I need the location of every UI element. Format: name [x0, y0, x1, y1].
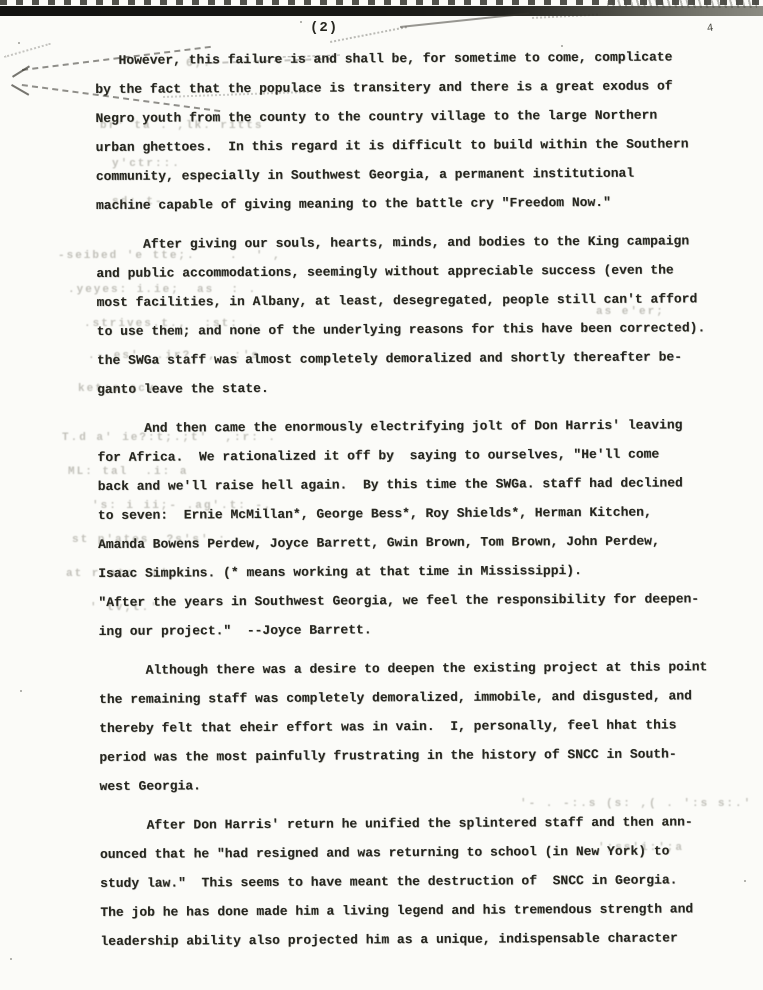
paragraph-4: Although there was a desire to deepen th…	[99, 652, 725, 801]
scan-speck	[561, 45, 563, 47]
ghost-text: ML: tal .i: a	[68, 466, 188, 478]
scan-speck	[20, 690, 22, 692]
ghost-text: ket;s.acv...	[78, 383, 181, 395]
page-number: (2)	[310, 20, 338, 36]
ghost-text: br' ta . ,lk. ritts	[100, 120, 263, 132]
ghost-text: 6;.	[186, 58, 212, 70]
ghost-text: at r at: t';:..	[66, 568, 204, 580]
ghost-text: ';ss'i:';a	[598, 842, 684, 854]
ghost-text: .-,es' .ir? ,. :'s, .	[88, 350, 286, 362]
ghost-text: 's: i ii;- .ag'.t: -,	[92, 500, 273, 512]
scan-speck	[300, 21, 302, 23]
ghost-text: T.d a' ie?:t;.;t' ,:r: .	[62, 432, 277, 444]
scan-speck	[10, 958, 12, 960]
ghost-text: -seibed 'e tte;. . ' ,	[58, 250, 282, 262]
ghost-text: st p'ates ?s's'.:	[72, 534, 227, 546]
ghost-text: y'ctr::.	[112, 158, 181, 170]
corner-mark: 4	[706, 23, 714, 36]
ghost-text: .strives.t., :st: .	[84, 318, 256, 330]
scan-speck	[18, 42, 20, 44]
scanned-document-page: (2) 4 However, this failure is and shall…	[0, 0, 763, 990]
paragraph-5: After Don Harris' return he unified the …	[100, 807, 726, 956]
scan-speck	[744, 880, 746, 882]
ghost-text: '- . -:.s (s: ,( . ':s s:.'	[520, 798, 752, 810]
pencil-mark-left-corner	[4, 43, 51, 58]
paragraph-3: And then came the enormously electrifyin…	[97, 410, 723, 646]
pencil-stroke-dotted-segment	[330, 26, 407, 43]
ghost-text: ' tv;t.'	[90, 602, 159, 614]
ghost-text: as e'er;	[596, 306, 665, 318]
ghost-text: sd; t-	[112, 196, 164, 208]
pencil-arrowhead-top	[12, 65, 30, 77]
ghost-text: .yeyes: i.ie; as : .	[68, 284, 257, 296]
scan-edge-scribble	[607, 0, 757, 8]
